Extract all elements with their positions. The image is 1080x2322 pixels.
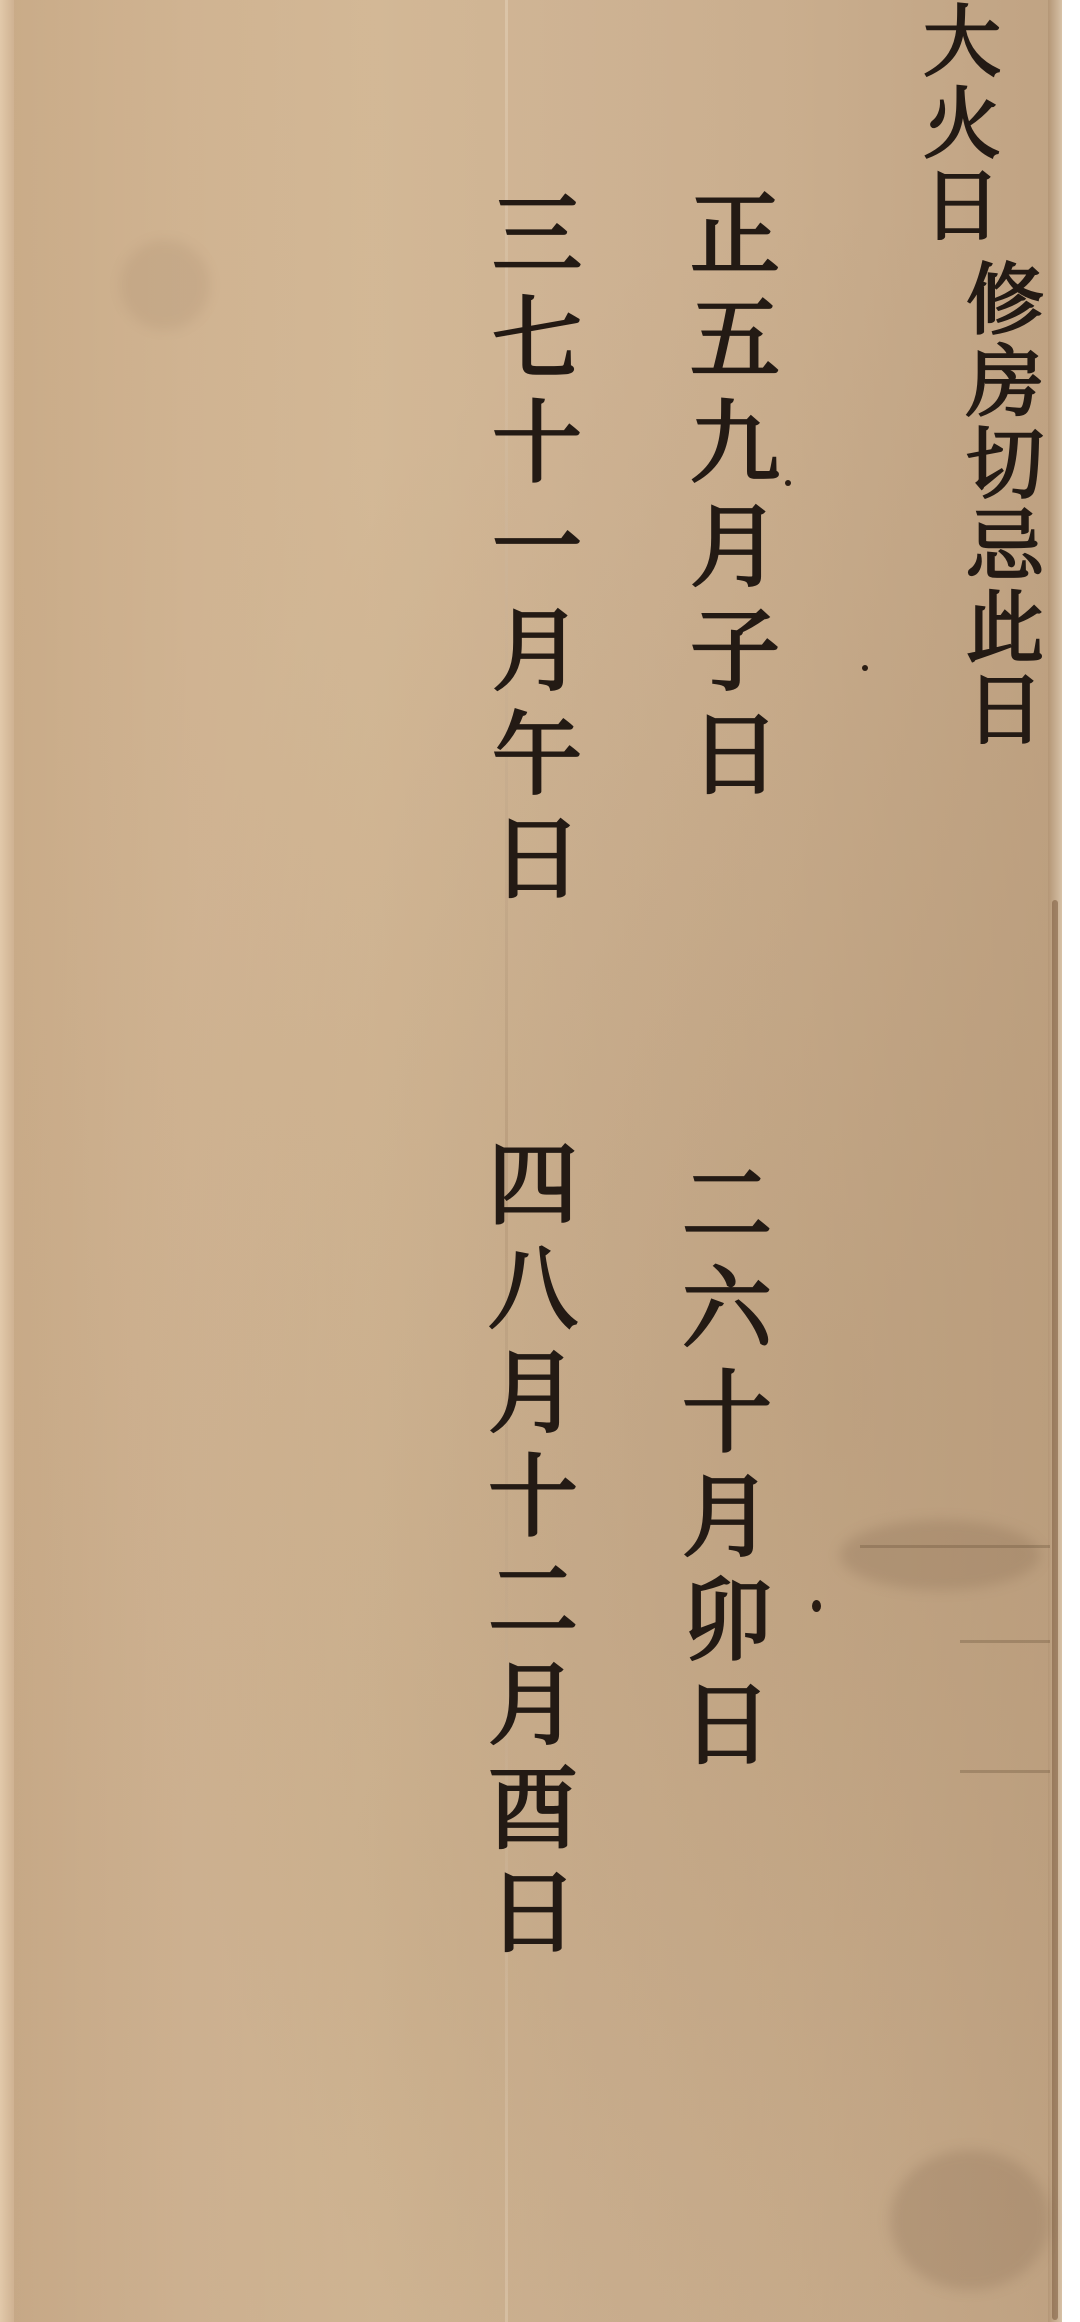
paper-stain — [120, 240, 210, 330]
entry-char: 月 — [488, 1660, 578, 1750]
entry-char: 月 — [690, 502, 780, 592]
heading-title-char: 日 — [923, 168, 1001, 246]
entry-char: 日 — [492, 814, 582, 904]
entry-column-4: 四 八 月 十 二 月 酉 日 — [478, 1140, 588, 1972]
entry-char: 九 — [690, 398, 780, 488]
paper-stain — [840, 1520, 1040, 1590]
entry-column-2: 三 七 十 一 月 午 日 — [482, 190, 592, 918]
entry-column-1: 正 五 九 月 子 日 — [680, 190, 790, 814]
entry-char: 酉 — [488, 1764, 578, 1854]
entry-char: 十 — [488, 1452, 578, 1542]
ink-dot — [862, 665, 868, 671]
heading-title-column: 大 火 日 — [912, 4, 1012, 250]
entry-char: 日 — [682, 1680, 772, 1770]
entry-char: 二 — [682, 1160, 772, 1250]
heading-title-char: 火 — [923, 86, 1001, 164]
ink-dot — [785, 480, 791, 486]
entry-char: 六 — [682, 1264, 772, 1354]
paper-crease — [960, 1770, 1050, 1773]
entry-char: 正 — [690, 190, 780, 280]
entry-char: 一 — [492, 502, 582, 592]
entry-char: 日 — [690, 710, 780, 800]
ink-dot — [812, 1600, 821, 1612]
heading-note-char: 切 — [966, 426, 1044, 504]
entry-char: 日 — [488, 1868, 578, 1958]
paper-torn-edge — [1052, 900, 1058, 2320]
entry-char: 八 — [488, 1244, 578, 1334]
entry-char: 月 — [682, 1472, 772, 1562]
paper-page: 大 火 日 修 房 切 忌 此 日 正 五 九 月 子 日 三 七 十 一 月 … — [0, 0, 1062, 2322]
heading-note-char: 修 — [966, 262, 1044, 340]
heading-note-char: 房 — [966, 344, 1044, 422]
entry-char: 十 — [492, 398, 582, 488]
entry-char: 十 — [682, 1368, 772, 1458]
heading-note-char: 日 — [966, 672, 1044, 750]
paper-crease — [960, 1640, 1050, 1643]
heading-note-char: 此 — [966, 590, 1044, 668]
entry-column-3: 二 六 十 月 卯 日 — [672, 1160, 782, 1784]
heading-title-char: 大 — [923, 4, 1001, 82]
entry-char: 月 — [492, 606, 582, 696]
paper-stain — [890, 2150, 1050, 2290]
paper-left-edge — [0, 0, 14, 2322]
entry-char: 四 — [488, 1140, 578, 1230]
entry-char: 月 — [488, 1348, 578, 1438]
heading-note-column: 修 房 切 忌 此 日 — [955, 262, 1055, 754]
entry-char: 七 — [492, 294, 582, 384]
entry-char: 午 — [492, 710, 582, 800]
heading-note-char: 忌 — [966, 508, 1044, 586]
entry-char: 五 — [690, 294, 780, 384]
entry-char: 卯 — [682, 1576, 772, 1666]
entry-char: 三 — [492, 190, 582, 280]
entry-char: 二 — [488, 1556, 578, 1646]
entry-char: 子 — [690, 606, 780, 696]
